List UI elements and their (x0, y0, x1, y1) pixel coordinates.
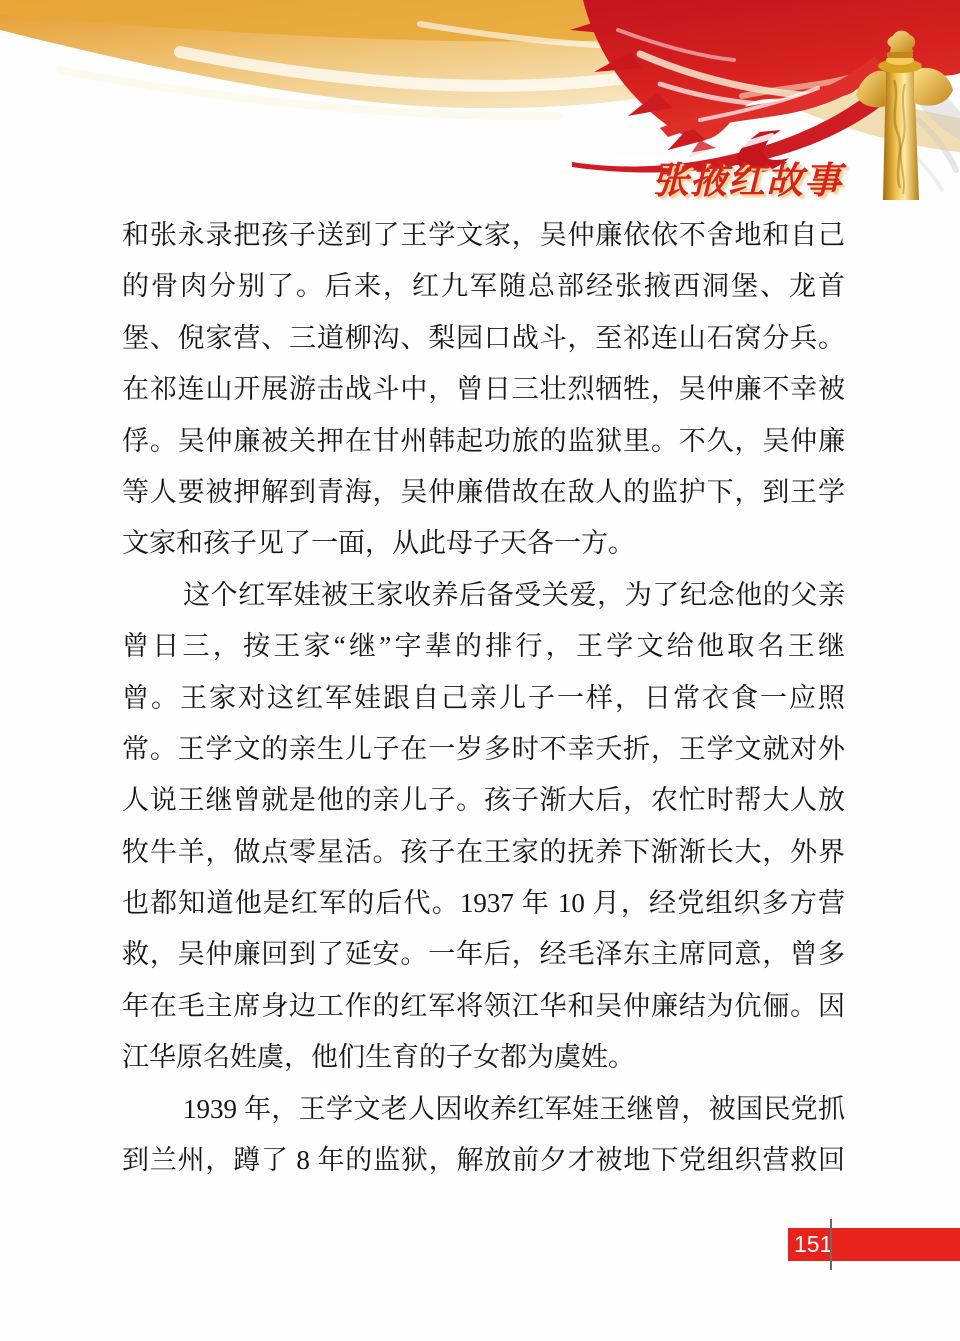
text-line: 在祁连山开展游击战斗中，曾日三壮烈牺牲，吴仲廉不幸被 (122, 364, 845, 415)
text-line: 也都知道他是红军的后代。1937 年 10 月，经党组织多方营 (122, 878, 845, 929)
text-line: 救，吴仲廉回到了延安。一年后，经毛泽东主席同意，曾多 (122, 929, 845, 980)
page-number-bar: 151 (788, 1228, 960, 1261)
page-title: 张掖红故事 (652, 150, 862, 196)
page-number: 151 (794, 1228, 832, 1261)
text-line: 等人要被押解到青海，吴仲廉借故在敌人的监护下，到王学 (122, 467, 845, 518)
text-line: 文家和孩子见了一面，从此母子天各一方。 (122, 518, 845, 569)
text-line: 1939 年，王学文老人因收养红军娃王继曾，被国民党抓 (122, 1084, 845, 1135)
text-line: 的骨肉分别了。后来，红九军随总部经张掖西洞堡、龙首 (122, 261, 845, 312)
text-line: 曾日三，按王家“继”字辈的排行，王学文给他取名王继 (122, 621, 845, 672)
text-line: 曾。王家对这红军娃跟自己亲儿子一样，日常衣食一应照 (122, 673, 845, 724)
text-line: 常。王学文的亲生儿子在一岁多时不幸夭折，王学文就对外 (122, 724, 845, 775)
text-line: 和张永录把孩子送到了王学文家，吴仲廉依依不舍地和自己 (122, 210, 845, 261)
book-page: 张掖红故事 和张永录把孩子送到了王学文家，吴仲廉依依不舍地和自己的骨肉分别了。后… (0, 0, 960, 1341)
body-text: 和张永录把孩子送到了王学文家，吴仲廉依依不舍地和自己的骨肉分别了。后来，红九军随… (122, 210, 845, 1186)
text-line: 江华原名姓虞，他们生育的子女都为虞姓。 (122, 1032, 845, 1083)
text-line: 这个红军娃被王家收养后备受关爱，为了纪念他的父亲 (122, 570, 845, 621)
text-line: 人说王继曾就是他的亲儿子。孩子渐大后，农忙时帮大人放 (122, 775, 845, 826)
text-line: 到兰州，蹲了 8 年的监狱，解放前夕才被地下党组织营救回 (122, 1135, 845, 1186)
text-line: 年在毛主席身边工作的红军将领江华和吴仲廉结为伉俪。因 (122, 981, 845, 1032)
text-line: 牧牛羊，做点零星活。孩子在王家的抚养下渐渐长大，外界 (122, 827, 845, 878)
text-line: 堡、倪家营、三道柳沟、梨园口战斗，至祁连山石窝分兵。 (122, 313, 845, 364)
footer-vertical-rule (830, 1219, 832, 1270)
header-art: 张掖红故事 (0, 0, 960, 215)
text-line: 俘。吴仲廉被关押在甘州韩起功旅的监狱里。不久，吴仲廉 (122, 416, 845, 467)
